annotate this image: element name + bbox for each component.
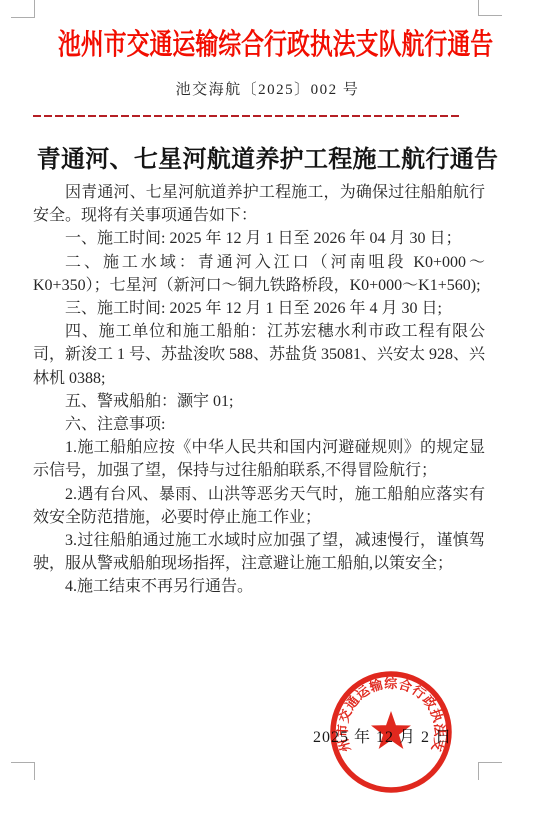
paragraph-item-6: 六、注意事项: (33, 413, 485, 436)
text-boundary-mark-bottom-right (478, 762, 502, 780)
document-number: 池交海航〔2025〕002 号 (0, 78, 535, 99)
paragraph-note-4: 4.施工结束不再另行通告。 (33, 575, 485, 598)
notice-title: 青通河、七星河航道养护工程施工航行通告 (0, 139, 535, 174)
paragraph-intro: 因青通河、七星河航道养护工程施工，为确保过往船舶航行安全。现将有关事项通告如下： (33, 181, 485, 227)
red-star-icon (371, 711, 411, 749)
paragraph-item-2: 二、施工水域：青通河入江口（河南咀段 K0+000～K0+350）；七星河（新河… (33, 251, 485, 297)
paragraph-item-5: 五、警戒船舶：灏宇 01; (33, 390, 485, 413)
text-boundary-mark-bottom-left (11, 762, 35, 780)
paragraph-note-2: 2.遇有台风、暴雨、山洪等恶劣天气时，施工船舶应落实有效安全防范措施，必要时停止… (33, 483, 485, 529)
paragraph-note-1: 1.施工船舶应按《中华人民共和国内河避碰规则》的规定显示信号，加强了望，保持与过… (33, 436, 485, 482)
notice-body: 因青通河、七星河航道养护工程施工，为确保过往船舶航行安全。现将有关事项通告如下：… (33, 181, 485, 599)
paragraph-item-3: 三、施工时间: 2025 年 12 月 1 日至 2026 年 4 月 30 日… (33, 297, 485, 320)
red-dashed-divider (33, 115, 459, 117)
paragraph-item-4: 四、施工单位和施工船舶：江苏宏穗水利市政工程有限公司，新浚工 1 号、苏盐浚吹 … (33, 320, 485, 390)
notice-document-page: 池州市交通运输综合行政执法支队航行通告 池交海航〔2025〕002 号 青通河、… (0, 0, 535, 813)
agency-header-title-text: 池州市交通运输综合行政执法支队航行通告 (58, 22, 493, 63)
text-boundary-mark-top-left (11, 0, 35, 18)
text-boundary-mark-top-right (478, 0, 502, 16)
official-seal: 池州市交通运输综合行政执法支队 (328, 669, 454, 795)
paragraph-note-3: 3.过往船舶通过施工水域时应加强了望，减速慢行，谨慎驾驶，服从警戒船舶现场指挥，… (33, 529, 485, 575)
paragraph-item-1: 一、施工时间: 2025 年 12 月 1 日至 2026 年 04 月 30 … (33, 227, 485, 250)
agency-header-title: 池州市交通运输综合行政执法支队航行通告 (0, 22, 535, 63)
